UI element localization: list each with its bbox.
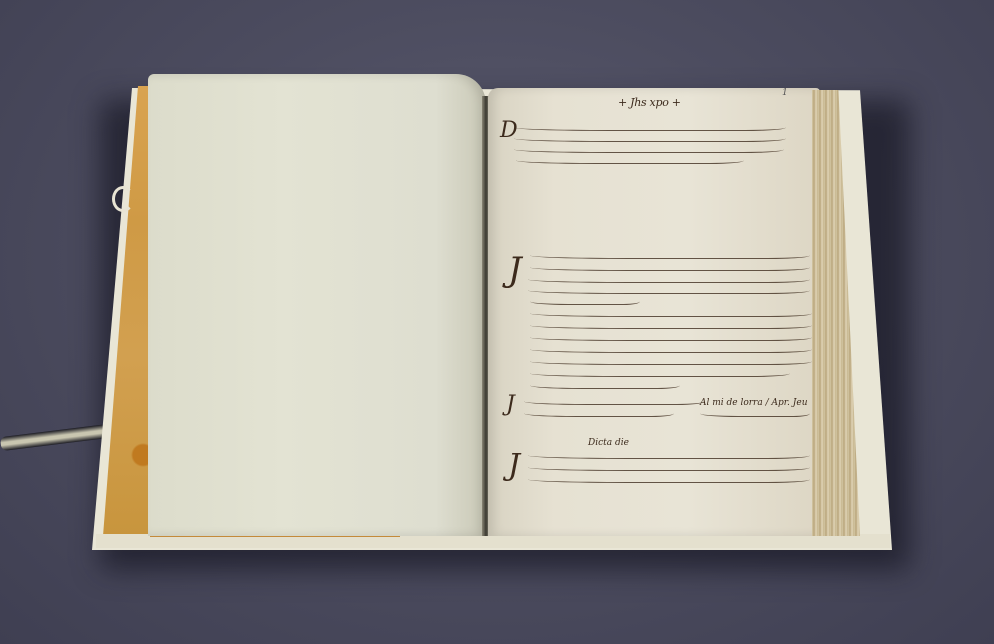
scribe-signature: Al mi de lorra / Apr. Jeu <box>700 398 808 408</box>
initial-letter-2: J <box>508 250 522 290</box>
blank-left-page <box>148 74 486 536</box>
page-header-monogram: + Jhs xpo + <box>618 96 681 109</box>
initial-letter-4: J <box>508 448 520 483</box>
section-heading: Dicta die <box>588 438 629 448</box>
binding-strap <box>0 424 109 451</box>
initial-letter-3: J <box>506 392 515 417</box>
signature-flourish <box>700 410 810 417</box>
photo-scene: + Jhs xpo + 1 D J J Al mi de lorra / Apr… <box>0 0 994 644</box>
initial-letter-1: D <box>500 118 518 143</box>
folio-number: 1 <box>782 88 787 98</box>
binding-tie-loop <box>112 186 134 212</box>
